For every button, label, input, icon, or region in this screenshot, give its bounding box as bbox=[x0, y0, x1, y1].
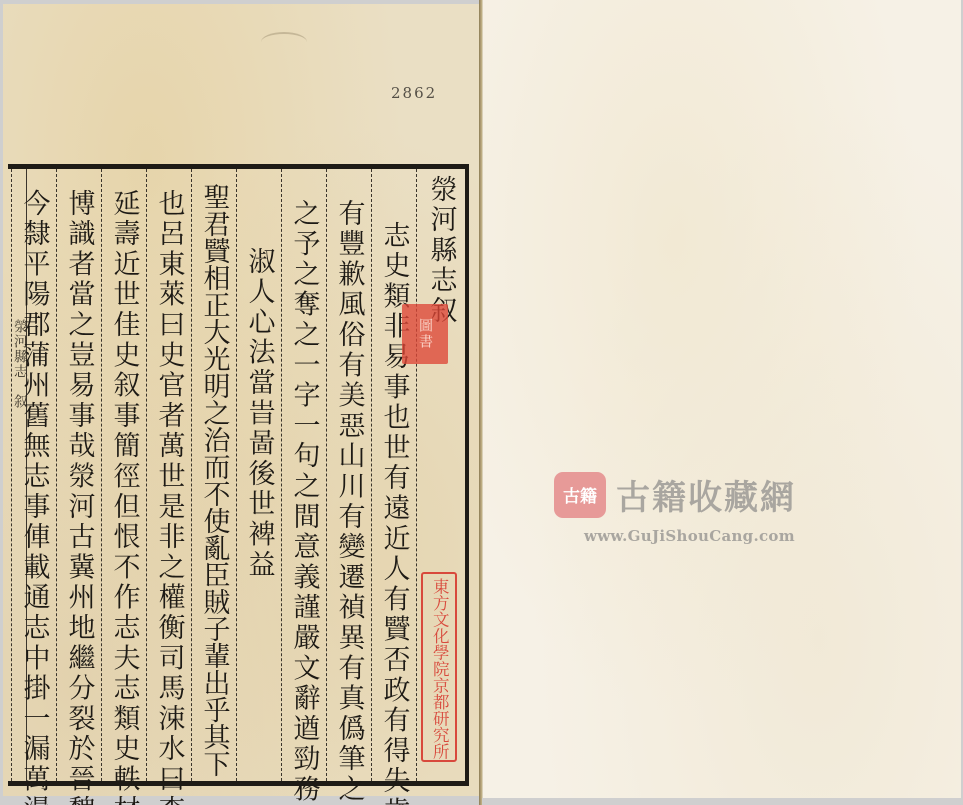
column-text: 淑人心法當旹啚後世裨益 bbox=[246, 169, 273, 781]
library-seal-text: 東方文化學院京都研究所 bbox=[431, 574, 448, 760]
text-column: 有豐歉風俗有美惡山川有變遷禎異有真僞筆之削 bbox=[326, 169, 371, 781]
text-column: 之予之奪之一字一句之間意義謹嚴文辭遒勁務在 bbox=[281, 169, 326, 781]
watermark-site-name: 古籍收藏網 bbox=[616, 470, 796, 519]
text-column: 博識者當之豈易事哉滎河古冀州地繼分裂於晉魏 bbox=[56, 169, 101, 781]
catalog-number: 2862 bbox=[391, 84, 437, 102]
column-text: 聖君贒相正大光明之治而不使亂臣賊子輩出乎其下 bbox=[201, 169, 228, 781]
column-text: 延壽近世佳史叙事簡徑但恨不作志夫志類史軼材 bbox=[111, 169, 138, 781]
left-page: 2862 滎河縣志 叙 滎河縣志叙 志史類非易事也世有遠近人有贒否政有得失歲旹 … bbox=[3, 4, 481, 796]
text-column: 淑人心法當旹啚後世裨益 bbox=[236, 169, 281, 781]
watermark-logo-text: 古籍 bbox=[563, 482, 597, 507]
square-seal: 圖書 bbox=[402, 304, 448, 364]
text-columns: 滎河縣志叙 志史類非易事也世有遠近人有贒否政有得失歲旹 有豐歉風俗有美惡山川有變… bbox=[8, 169, 465, 781]
watermark-url: www.GuJiShouCang.com bbox=[584, 527, 795, 545]
text-column: 今隸平陽郡蒲州舊無志事俥載通志中掛一漏萬漫 bbox=[11, 169, 56, 781]
column-text: 有豐歉風俗有美惡山川有變遷禎異有真僞筆之削 bbox=[336, 169, 363, 781]
square-seal-text: 圖書 bbox=[415, 318, 435, 350]
column-text: 之予之奪之一字一句之間意義謹嚴文辭遒勁務在 bbox=[291, 169, 318, 781]
text-column: 也呂東萊曰史官者萬世是非之權衡司馬涑水曰李 bbox=[146, 169, 191, 781]
text-column: 延壽近世佳史叙事簡徑但恨不作志夫志類史軼材 bbox=[101, 169, 146, 781]
paper-stain bbox=[261, 32, 307, 52]
watermark-logo-icon: 古籍 bbox=[554, 472, 606, 518]
column-text: 也呂東萊曰史官者萬世是非之權衡司馬涑水曰李 bbox=[156, 169, 183, 781]
watermark: 古籍 古籍收藏網 bbox=[554, 470, 796, 519]
column-text: 博識者當之豈易事哉滎河古冀州地繼分裂於晉魏 bbox=[66, 169, 93, 781]
column-text: 今隸平陽郡蒲州舊無志事俥載通志中掛一漏萬漫 bbox=[21, 169, 48, 781]
right-page bbox=[482, 0, 961, 798]
text-column: 志史類非易事也世有遠近人有贒否政有得失歲旹 bbox=[371, 169, 416, 781]
library-seal: 東方文化學院京都研究所 bbox=[421, 572, 457, 762]
column-text: 志史類非易事也世有遠近人有贒否政有得失歲旹 bbox=[381, 169, 408, 781]
text-column: 聖君贒相正大光明之治而不使亂臣賊子輩出乎其下 bbox=[191, 169, 236, 781]
text-frame: 滎河縣志 叙 滎河縣志叙 志史類非易事也世有遠近人有贒否政有得失歲旹 有豐歉風俗… bbox=[8, 164, 469, 786]
